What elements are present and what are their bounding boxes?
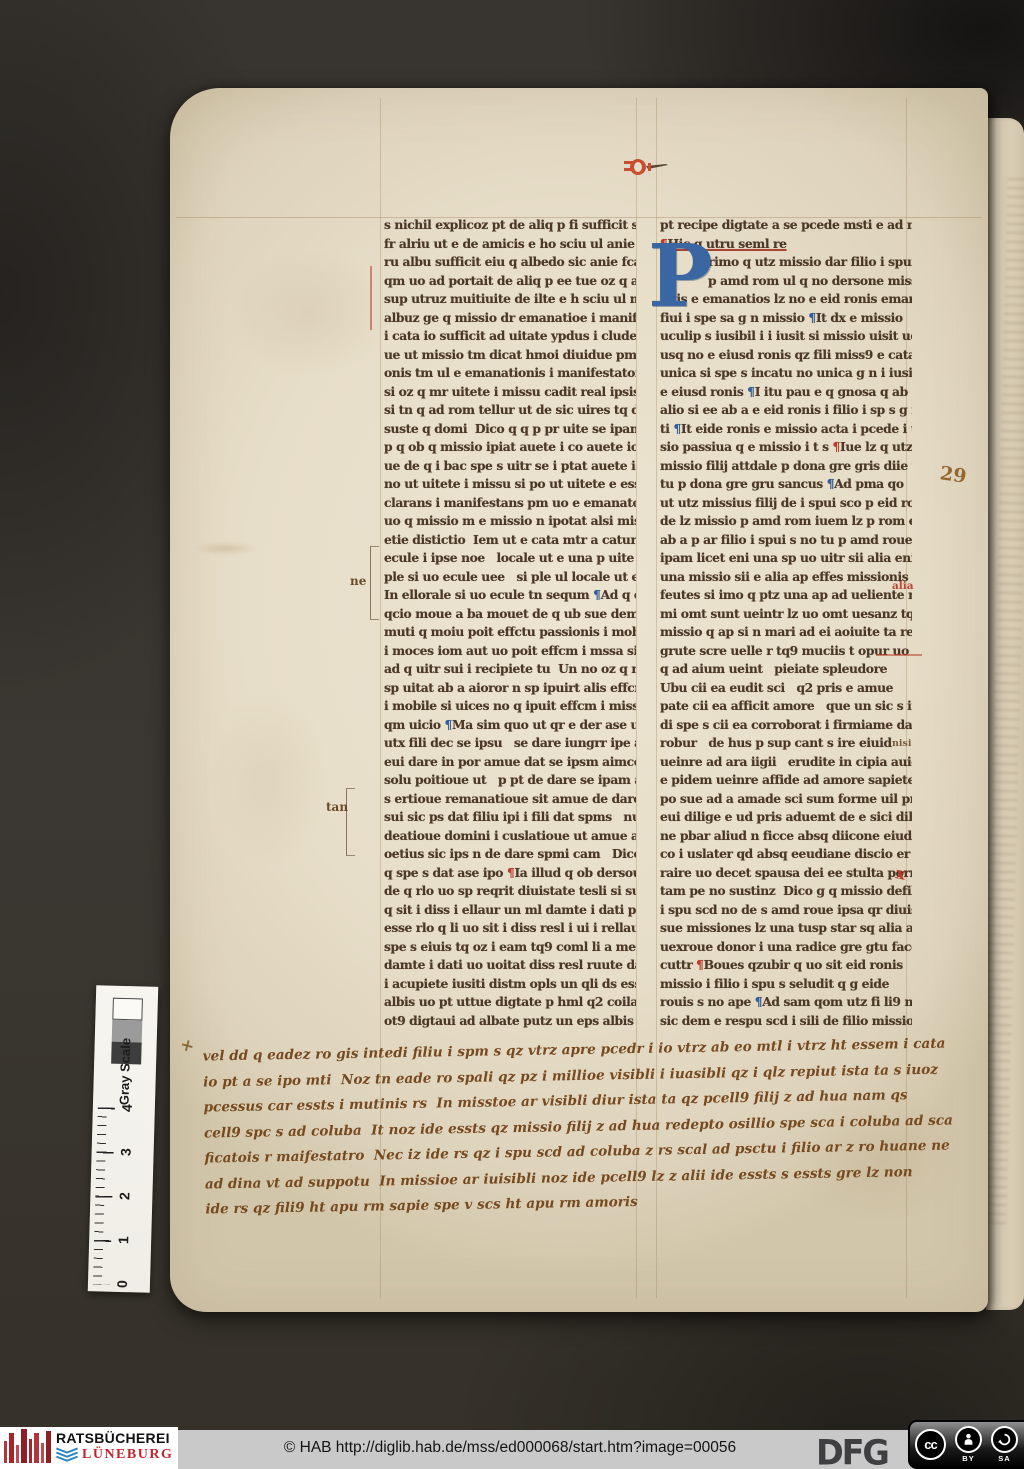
marginal-note-nisi: nisi — [892, 738, 911, 749]
marginal-bracket — [346, 788, 355, 856]
share-alike-arrow-icon — [991, 1426, 1018, 1453]
manuscript-text-line: oetius sic ips n de dare spmi cam Dico q — [384, 845, 636, 864]
manuscript-text-line: sic dem e respu scd i sili de filio miss… — [660, 1012, 912, 1031]
manuscript-text-line: damte i dati uo uoitat diss resl ruute d… — [384, 956, 636, 975]
manuscript-text-line: unica si spe s incatu no unica g n i ius… — [660, 364, 912, 383]
manuscript-text-line: missio i filio i spu s seludit q g eide — [660, 975, 912, 994]
manuscript-text-line: s ertioue remanatioue sit amue de dare a… — [384, 790, 636, 809]
manuscript-text-line: si oz q mr uitete i missu cadit real ips… — [384, 383, 636, 402]
manuscript-text-line: suste q domi Dico q q p pr uite se ipam … — [384, 420, 636, 439]
manuscript-text-line: no ut uitete i missu si po ut uitete e e… — [384, 475, 636, 494]
manuscript-text-line: sue missiones lz una tusp star sq alia a… — [660, 919, 912, 938]
manuscript-text-line: qm uo ad portait de aliq p ee tue oz q a… — [384, 272, 636, 291]
manuscript-text-line: eui dare in por amue dat se ipsm aimco s… — [384, 753, 636, 772]
manuscript-text-line: sup utruz muitiuite de ilte e h sciu ul … — [384, 290, 636, 309]
manuscript-text-line: ad q uitr sui i recipiete tu Un no oz q … — [384, 660, 636, 679]
manuscript-page: s nichil explicoz pt de aliq p fi suffic… — [170, 88, 988, 1312]
manuscript-text-line: p q ob q missio ipiat auete i co auete i… — [384, 438, 636, 457]
manuscript-text-line: missio filij attdale p dona gre gris dii… — [660, 457, 912, 476]
manuscript-text-line: utx fili dec se ipsu se dare iungrr ipe … — [384, 734, 636, 753]
manuscript-text-line: feutes si imo q ptz una ap ad ueliente r… — [660, 586, 912, 605]
manuscript-text-line: spe s eiuis tq oz i eam tq9 coml li a me — [384, 938, 636, 957]
manuscript-text-line: solu poitioue ut p pt de dare se ipam am… — [384, 771, 636, 790]
manuscript-text-line: esse rlo q li uo sit i diss resl i ui i … — [384, 919, 636, 938]
manuscript-text-line: robur de hus p sup cant s ire eiuid — [660, 734, 912, 753]
manuscript-text-line: ueinre ad ara iigii erudite in cipia aui… — [660, 753, 912, 772]
manuscript-text-line: i spu scd no de s amd roue ipsa qr diuis… — [660, 901, 912, 920]
marginal-note-tan: tan — [326, 800, 348, 814]
manuscript-text-line: i mobile si uices no q ipuit effcm i mis… — [384, 697, 636, 716]
dfg-logo[interactable]: DFG — [816, 1433, 888, 1469]
manuscript-text-line: s nichil explicoz pt de aliq p fi suffic… — [384, 216, 636, 235]
brown-cross-mark: + — [178, 1034, 197, 1057]
manuscript-text-line: alio si ee ab a e eid ronis i filio i sp… — [660, 401, 912, 420]
manuscript-text-line: de lz missio p amd rom iuem lz p rom ecd… — [660, 512, 912, 531]
ruler-tick-marks — [93, 1107, 115, 1284]
manuscript-text-line: ple si uo ecule uee si ple ul locale ut … — [384, 568, 636, 587]
next-page-edge — [986, 118, 1024, 1310]
manuscript-text-line: ecule i ipse noe locale ut e una p uite … — [384, 549, 636, 568]
red-line-marker — [370, 266, 372, 330]
cc-logo-icon: cc — [915, 1429, 946, 1460]
ruler-number: 2 — [116, 1188, 132, 1204]
addition-text-block: vel dd q eadez ro gis intedi filiu i spm… — [202, 1031, 953, 1223]
manuscript-text-line: In ellorale si uo ecule tn sequm ¶Ad q o… — [384, 586, 636, 605]
manuscript-text-line: ue ut missio tm dicat hmoi diuidue pm i … — [384, 346, 636, 365]
marginal-note-alia: alia — [892, 580, 914, 592]
grayscale-ruler: Gray Scale 43210 — [88, 985, 159, 1293]
manuscript-text-line: si tn q ad rom tellur ut de sic uires tq… — [384, 401, 636, 420]
manuscript-text-line: ti ¶It eide ronis e missio acta i pcede … — [660, 420, 912, 439]
ruler-number: 3 — [117, 1144, 133, 1160]
swatch-white — [112, 998, 143, 1021]
illuminated-initial-p: P — [648, 236, 702, 322]
manuscript-text-line: clarans i manifestans pm uo e emanatois … — [384, 494, 636, 513]
manuscript-text-line: etie distictio Iem ut e cata mtr a catur… — [384, 531, 636, 550]
manuscript-text-line: mi omt sunt ueintr lz uo omt uesanz tq9 — [660, 605, 912, 624]
manuscript-text-line: q ad aium ueint pieiate spleudore — [660, 660, 912, 679]
library-logo-bars-icon — [4, 1431, 50, 1465]
manuscript-text-line: e eiusd ronis ¶I itu pau e q gnosa q ab — [660, 383, 912, 402]
manuscript-text-line: deatioue domini i cuslatioue ut amue ad … — [384, 827, 636, 846]
manuscript-text-line: pate cii ea afficit amore que un sic s i… — [660, 697, 912, 716]
manuscript-text-line: q sit i diss i ellaur un ml damte i dati… — [384, 901, 636, 920]
manuscript-text-line: sio passiua q e missio i t s ¶Iue lz q u… — [660, 438, 912, 457]
red-paraph-mark — [622, 156, 670, 178]
manuscript-text-line: ne pbar aliud n ficce absq diicone eiudi — [660, 827, 912, 846]
red-margin-line — [876, 654, 922, 656]
ruler-numbers: 43210 — [114, 1100, 135, 1292]
ruler-number: 1 — [115, 1232, 131, 1248]
erased-marginal-note — [192, 542, 258, 555]
manuscript-text-line: q spe s dat ase ipo ¶Ia illud q ob derso… — [384, 864, 636, 883]
manuscript-text-line: fr alriu ut e de amicis e ho sciu ul ani… — [384, 235, 636, 254]
library-name-line2: LÜNEBURG — [82, 1447, 173, 1463]
manuscript-text-line: sp uitat ab a aioror n sp ipuirt alis ef… — [384, 679, 636, 698]
manuscript-text-line: uo q missio m e missio n ipotat alsi mis… — [384, 512, 636, 531]
manuscript-text-line: i moces iom aut uo poit effcm i mssa si … — [384, 642, 636, 661]
manuscript-text-line: tam pe no sustinz Dico g q missio defili… — [660, 882, 912, 901]
manuscript-text-line: ru albu sufficit eiu q albedo sic anie f… — [384, 253, 636, 272]
library-name-line1: RATSBÜCHEREI — [56, 1430, 170, 1446]
manuscript-text-line: co i uslater qd absq eeudiane discio er — [660, 845, 912, 864]
photo-background: s nichil explicoz pt de aliq p fi suffic… — [0, 0, 1024, 1469]
manuscript-text-line: ut utz missius filij de i spui sco p eid… — [660, 494, 912, 513]
folio-number: 29 — [939, 462, 968, 487]
marginal-note-ne: ne — [350, 574, 366, 588]
cc-by-item: BY — [955, 1426, 982, 1463]
manuscript-text-line: e pidem ueinre affide ad amore sapiete d… — [660, 771, 912, 790]
attribution-person-icon — [955, 1426, 982, 1453]
manuscript-text-line: di spe s cii ea corroborat i firmiame da… — [660, 716, 912, 735]
manuscript-text-line: i acupiete iusiti distm opls un qli ds e… — [384, 975, 636, 994]
manuscript-text-line: uculip s iusibil i i iusit si missio uis… — [660, 327, 912, 346]
manuscript-text-line: usq no e eiusd ronis qz fili miss9 e cat… — [660, 346, 912, 365]
manuscript-text-line: qm uicio ¶Ma sim quo ut qr e der ase ul — [384, 716, 636, 735]
manuscript-text-line: raire uo decet spausa dei ee stulta porr… — [660, 864, 912, 883]
parchment-stain — [210, 688, 330, 868]
manuscript-text-line: uexroue donor i una radice gre gtu facq — [660, 938, 912, 957]
open-book-icon — [54, 1446, 80, 1464]
manuscript-text-line: albis uo pt uttue digtate p hml q2 coila… — [384, 993, 636, 1012]
manuscript-text-line: ipam licet eni una sp uo uitr sii alia e… — [660, 549, 912, 568]
manuscript-text-line: muti q moiu poit effctu passionis i mobi… — [384, 623, 636, 642]
manuscript-text-line: cuttr ¶Boues qzubir q uo sit eid ronis — [660, 956, 912, 975]
cc-license-badge[interactable]: cc BY SA — [908, 1420, 1024, 1469]
cc-by-label: BY — [962, 1454, 974, 1463]
manuscript-text-line: de q rlo uo sp reqrit diuistate tesli si… — [384, 882, 636, 901]
manuscript-text-line: sui sic ps dat filiu ipi i fili dat spms… — [384, 808, 636, 827]
marginal-bracket — [370, 546, 379, 620]
manuscript-text-line: rouis s no ape ¶Ad sam qom utz fi li9 mi… — [660, 993, 912, 1012]
manuscript-text-line: Ubu cii ea eudit sci q2 pris e amue — [660, 679, 912, 698]
text-column-1: s nichil explicoz pt de aliq p fi suffic… — [384, 216, 636, 1030]
manuscript-text-line: ot9 digtaui ad albate putz un eps albis … — [384, 1012, 636, 1031]
copyright-url-text[interactable]: © HAB http://diglib.hab.de/mss/ed000068/… — [220, 1439, 800, 1457]
manuscript-text-line: onis tm ul e emanationis i manifestatois… — [384, 364, 636, 383]
text-column-2: pt recipe digtate a se pcede msti e ad n… — [660, 216, 912, 1030]
manuscript-text-line: po sue ad a amade sci sum forme uil pris — [660, 790, 912, 809]
parchment-stain — [230, 248, 390, 378]
manuscript-text-line: albuz ge q missio dr emanatioe i manifes… — [384, 309, 636, 328]
manuscript-text-line: eui dilige e ud pris aduemt de e sici di… — [660, 808, 912, 827]
manuscript-text-line: ue de q i bac spe s uitr se i ptat auete… — [384, 457, 636, 476]
manuscript-text-line: i cata io sufficit ad uitate ypdus i clu… — [384, 327, 636, 346]
library-logo[interactable]: RATSBÜCHEREI LÜNEBURG — [0, 1427, 178, 1469]
cc-sa-label: SA — [998, 1454, 1010, 1463]
ruler-number: 4 — [119, 1100, 135, 1116]
manuscript-text-line: qcio moue a ba mouet de q ub sue demoui … — [384, 605, 636, 624]
manuscript-text-line: tu p dona gre gru sancus ¶Ad pma qo — [660, 475, 912, 494]
manuscript-text-line: ab a p ar filio i spui s no tu p amd rou… — [660, 531, 912, 550]
manuscript-text-line: una missio sii e alia ap effes missionis… — [660, 568, 912, 587]
manuscript-text-line: missio q ap si n mari ad ei aoiuite ta r… — [660, 623, 912, 642]
cc-sa-item: SA — [991, 1426, 1018, 1463]
manuscript-text-line: grute scre uelle r tq9 muciis t opur uo … — [660, 642, 912, 661]
ruler-number: 0 — [114, 1276, 130, 1292]
